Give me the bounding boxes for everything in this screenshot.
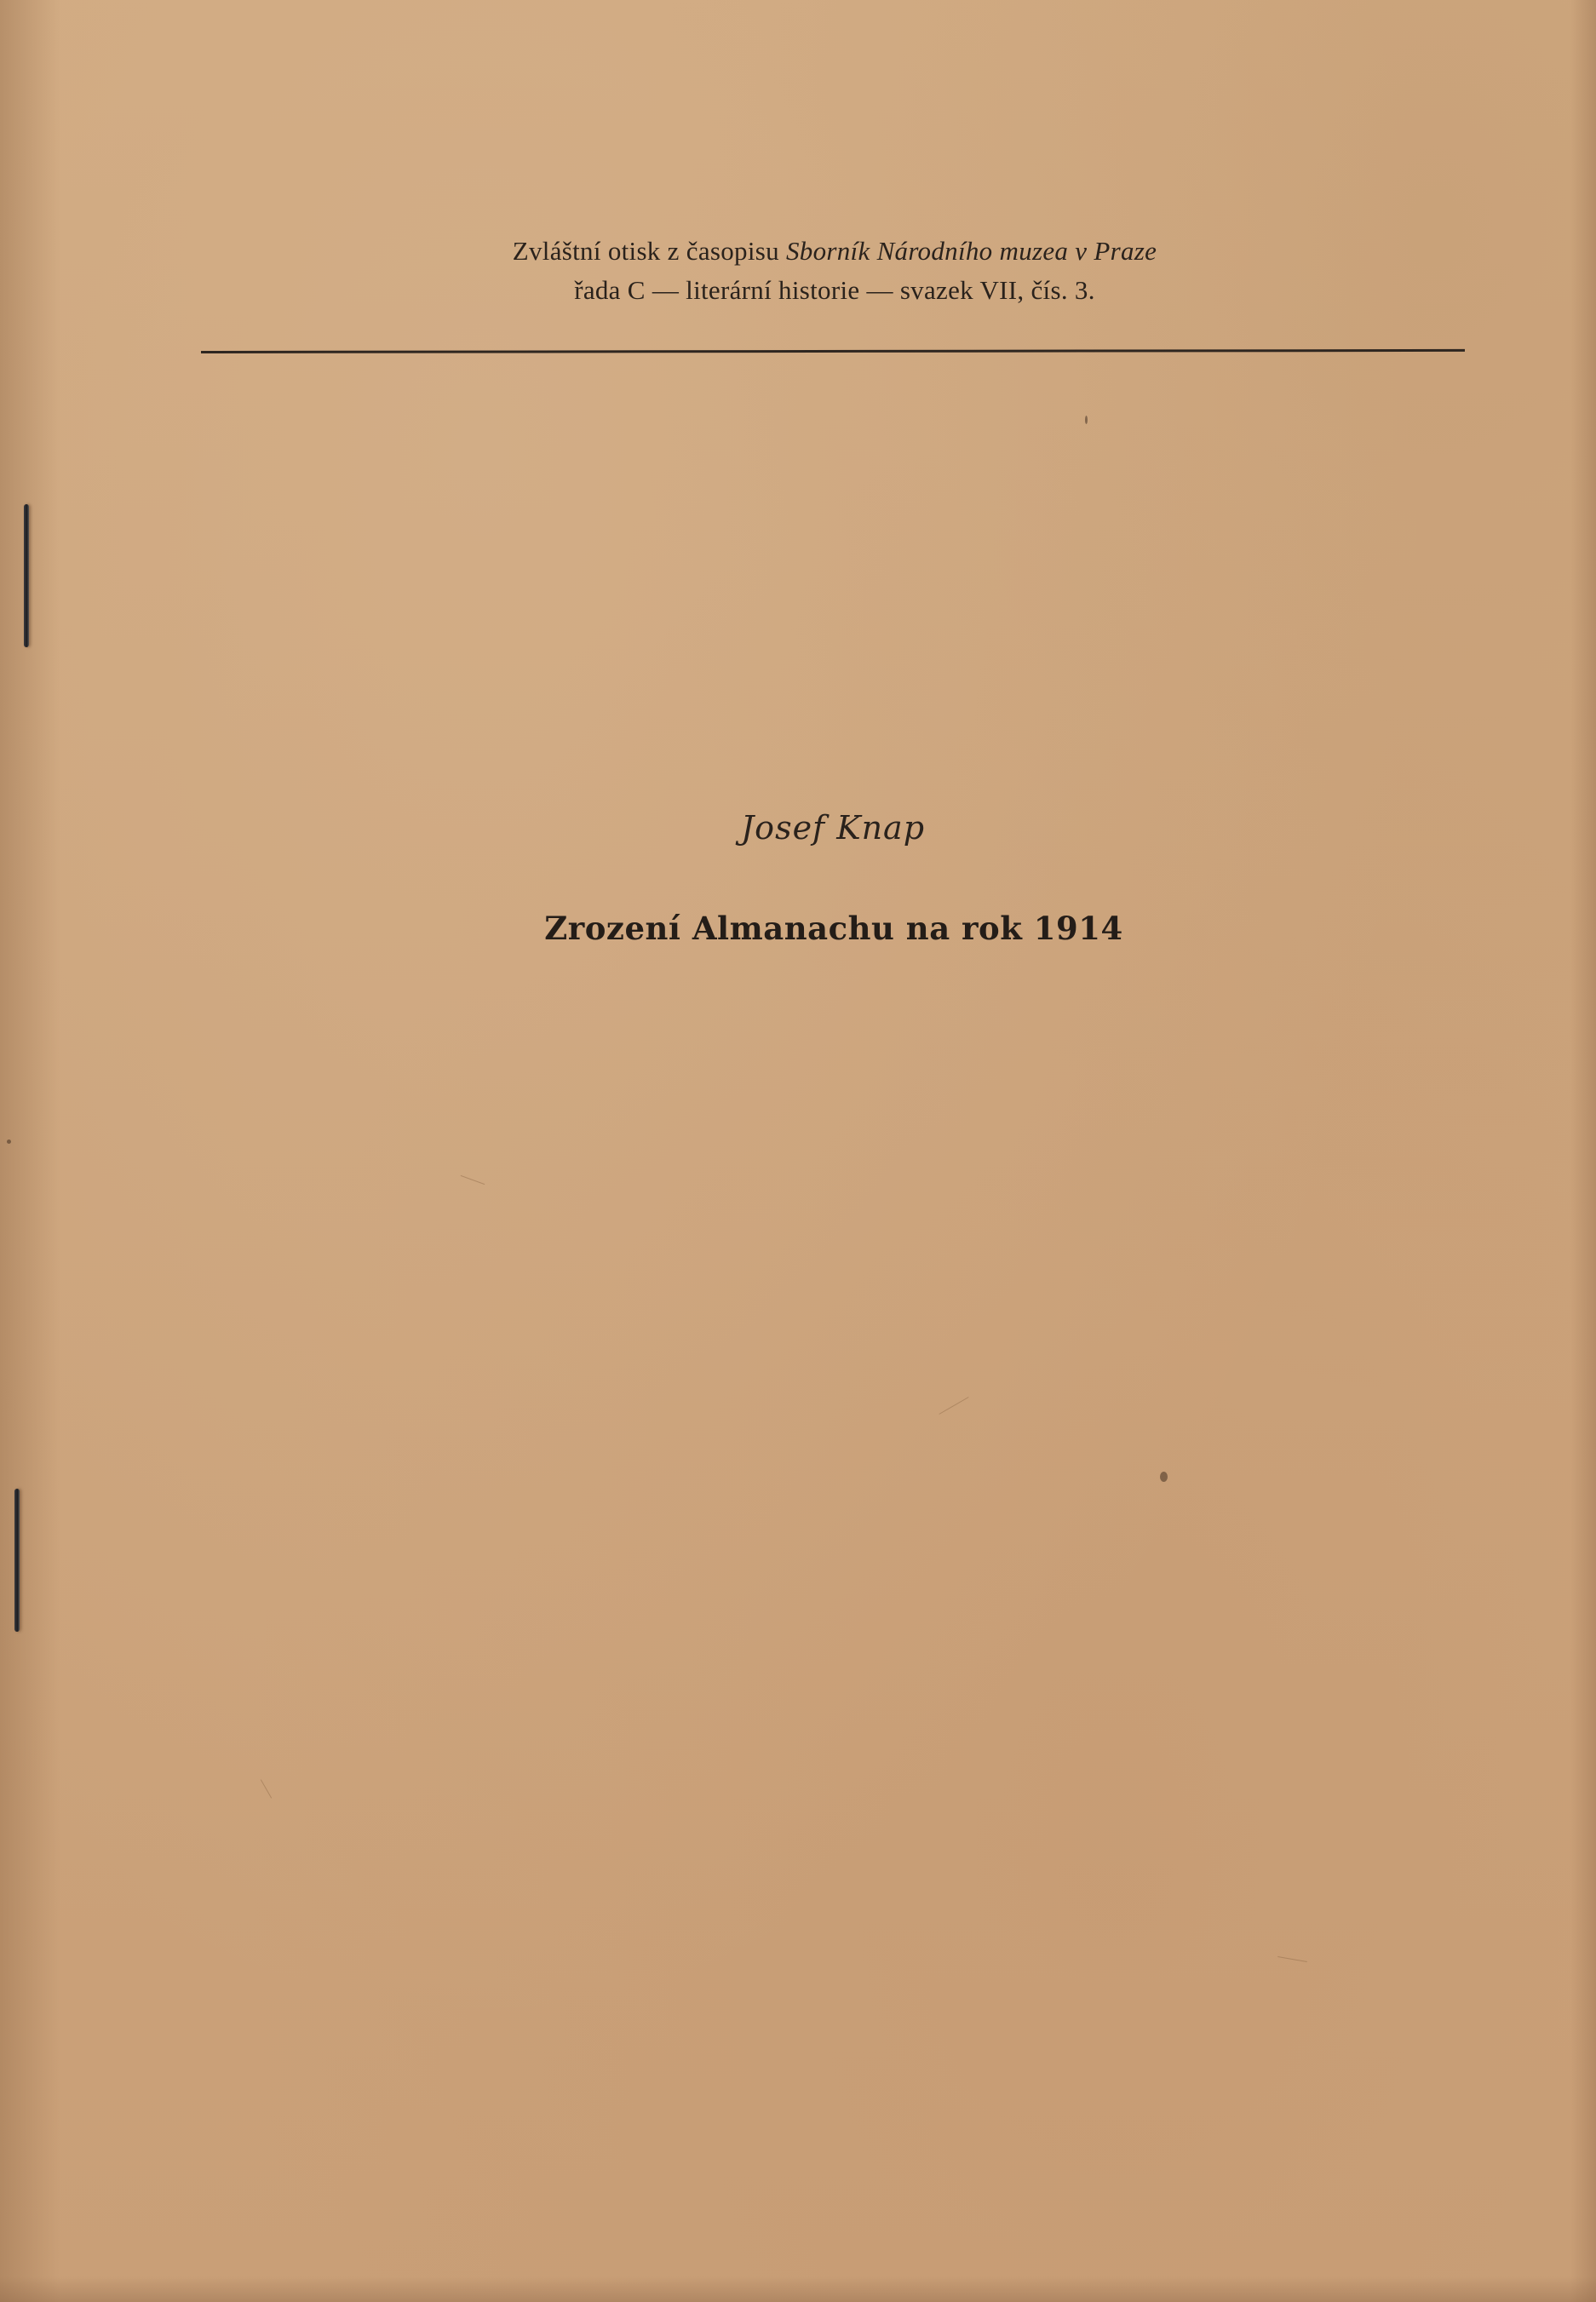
paper-speck [1085, 416, 1088, 424]
header-prefix: Zvláštní otisk z časopisu [513, 236, 786, 266]
header-line-1: Zvláštní otisk z časopisu Sborník Národn… [0, 232, 1596, 271]
paper-speck [1160, 1472, 1168, 1482]
paper-fiber [461, 1175, 485, 1185]
author-name: Josef Knap [0, 809, 1596, 847]
page-edge-bottom [0, 2276, 1596, 2302]
document-title: Zrození Almanachu na rok 1914 [0, 910, 1596, 947]
paper-fiber [939, 1397, 968, 1415]
header-line-2: řada C — literární historie — svazek VII… [0, 271, 1596, 310]
header-divider [201, 349, 1465, 353]
staple-icon [14, 1489, 20, 1632]
paper-speck [7, 1140, 11, 1144]
journal-name: Sborník Národního muzea v Praze [786, 236, 1157, 266]
publication-header: Zvláštní otisk z časopisu Sborník Národn… [0, 232, 1596, 310]
staple-icon [24, 504, 29, 647]
spine-shadow [0, 0, 60, 2302]
paper-fiber [1277, 1956, 1307, 1962]
cover-page: Zvláštní otisk z časopisu Sborník Národn… [0, 0, 1596, 2302]
paper-fiber [261, 1779, 272, 1798]
page-edge-right [1570, 0, 1596, 2302]
